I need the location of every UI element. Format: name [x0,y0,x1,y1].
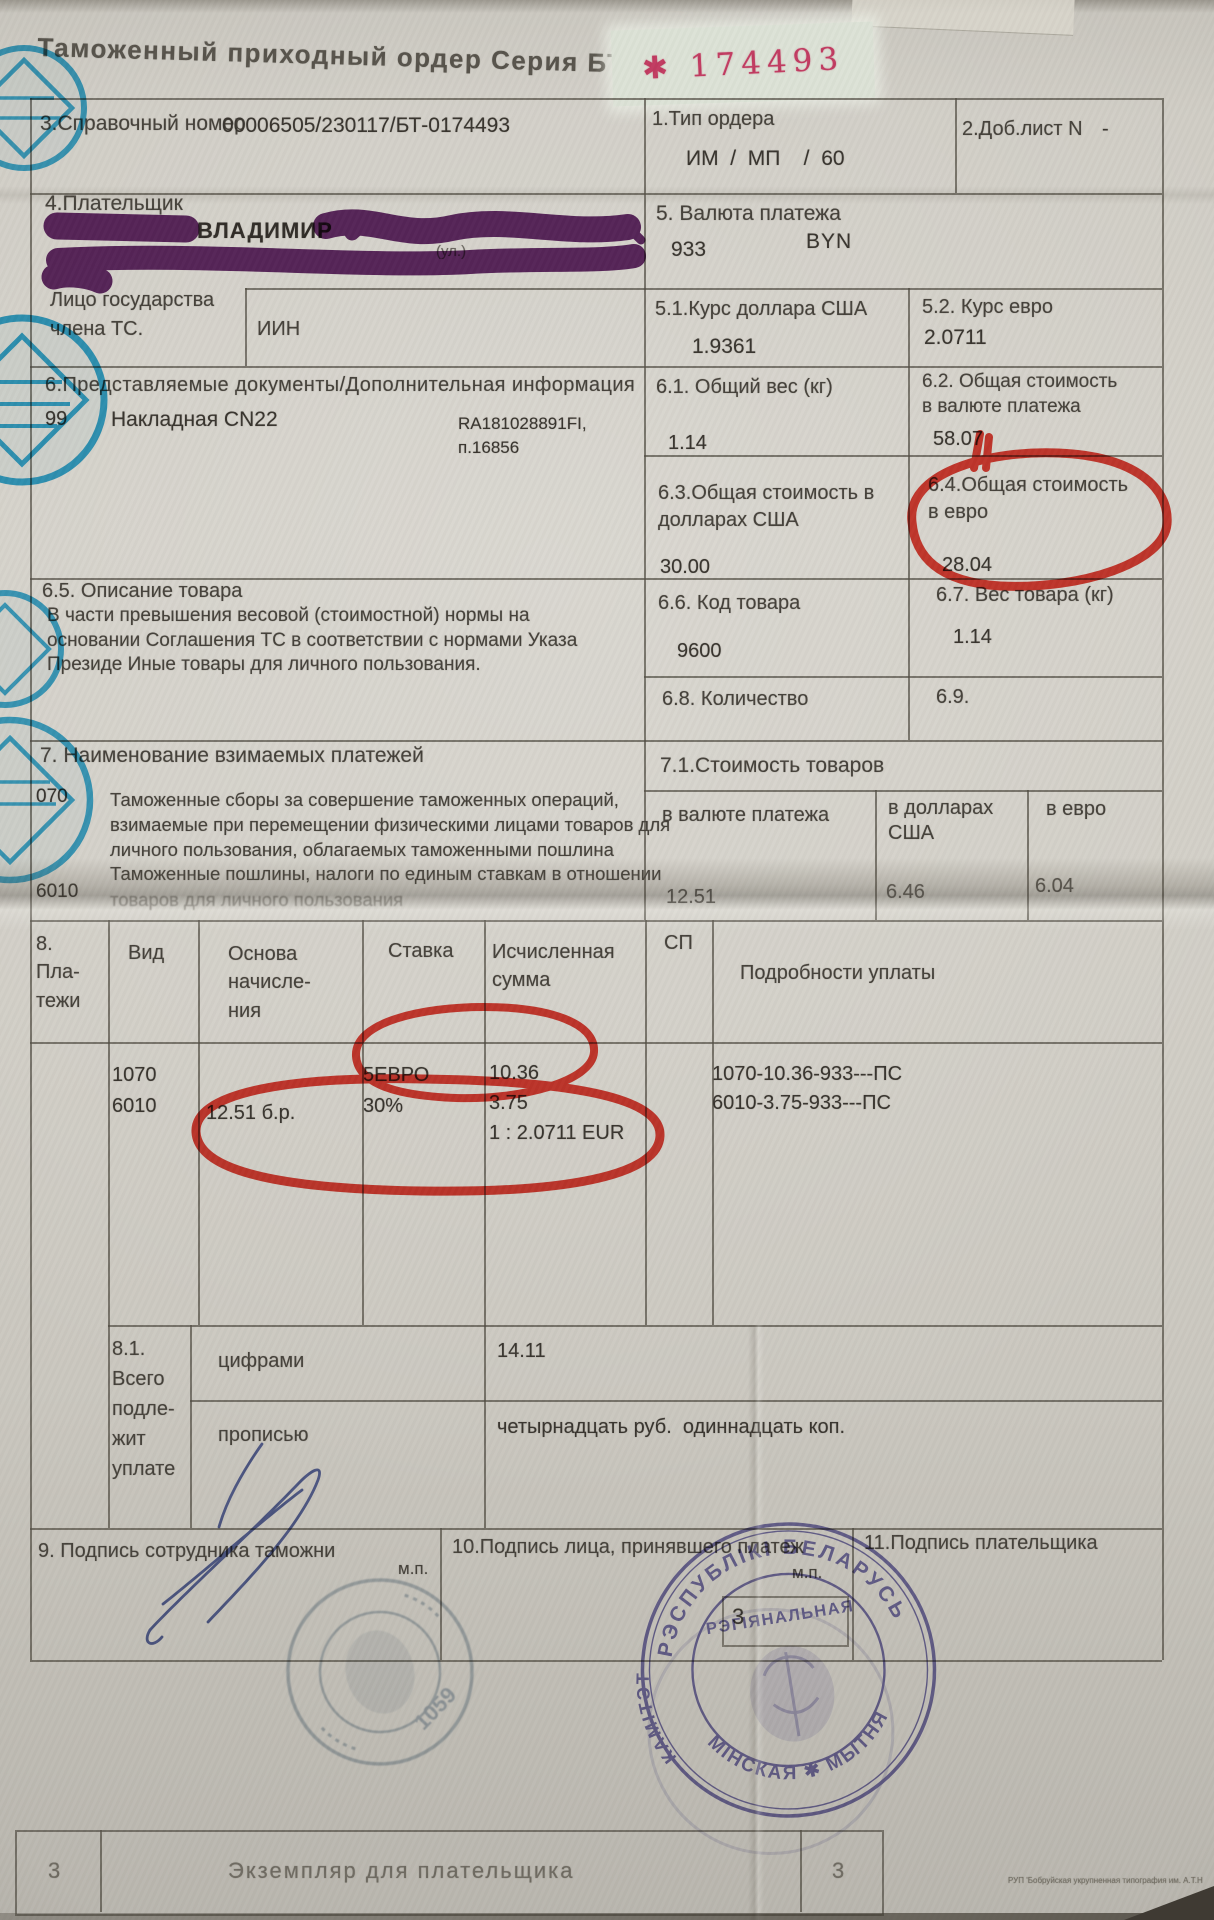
paper-crease-vertical [748,1325,764,1920]
scanned-customs-order-document: Таможенный приходный ордер Серия БТ № ✱ … [0,0,1214,1920]
seal-inner-text: РЭГІЯНАЛЬНАЯ [705,1597,856,1638]
customs-seal-stamp: РЭСПУБЛІКІ БЕЛАРУСЬ МІНСКАЯ ✱ МЫТНЯ КАМІ… [609,1480,967,1854]
seal-arc-top-text: РЭСПУБЛІКІ БЕЛАРУСЬ [638,1517,913,1662]
signature-ink [0,0,1214,1920]
svg-text:РЭСПУБЛІКІ БЕЛАРУСЬ: РЭСПУБЛІКІ БЕЛАРУСЬ [638,1517,913,1662]
photo-bottom-edge [0,1913,1214,1920]
